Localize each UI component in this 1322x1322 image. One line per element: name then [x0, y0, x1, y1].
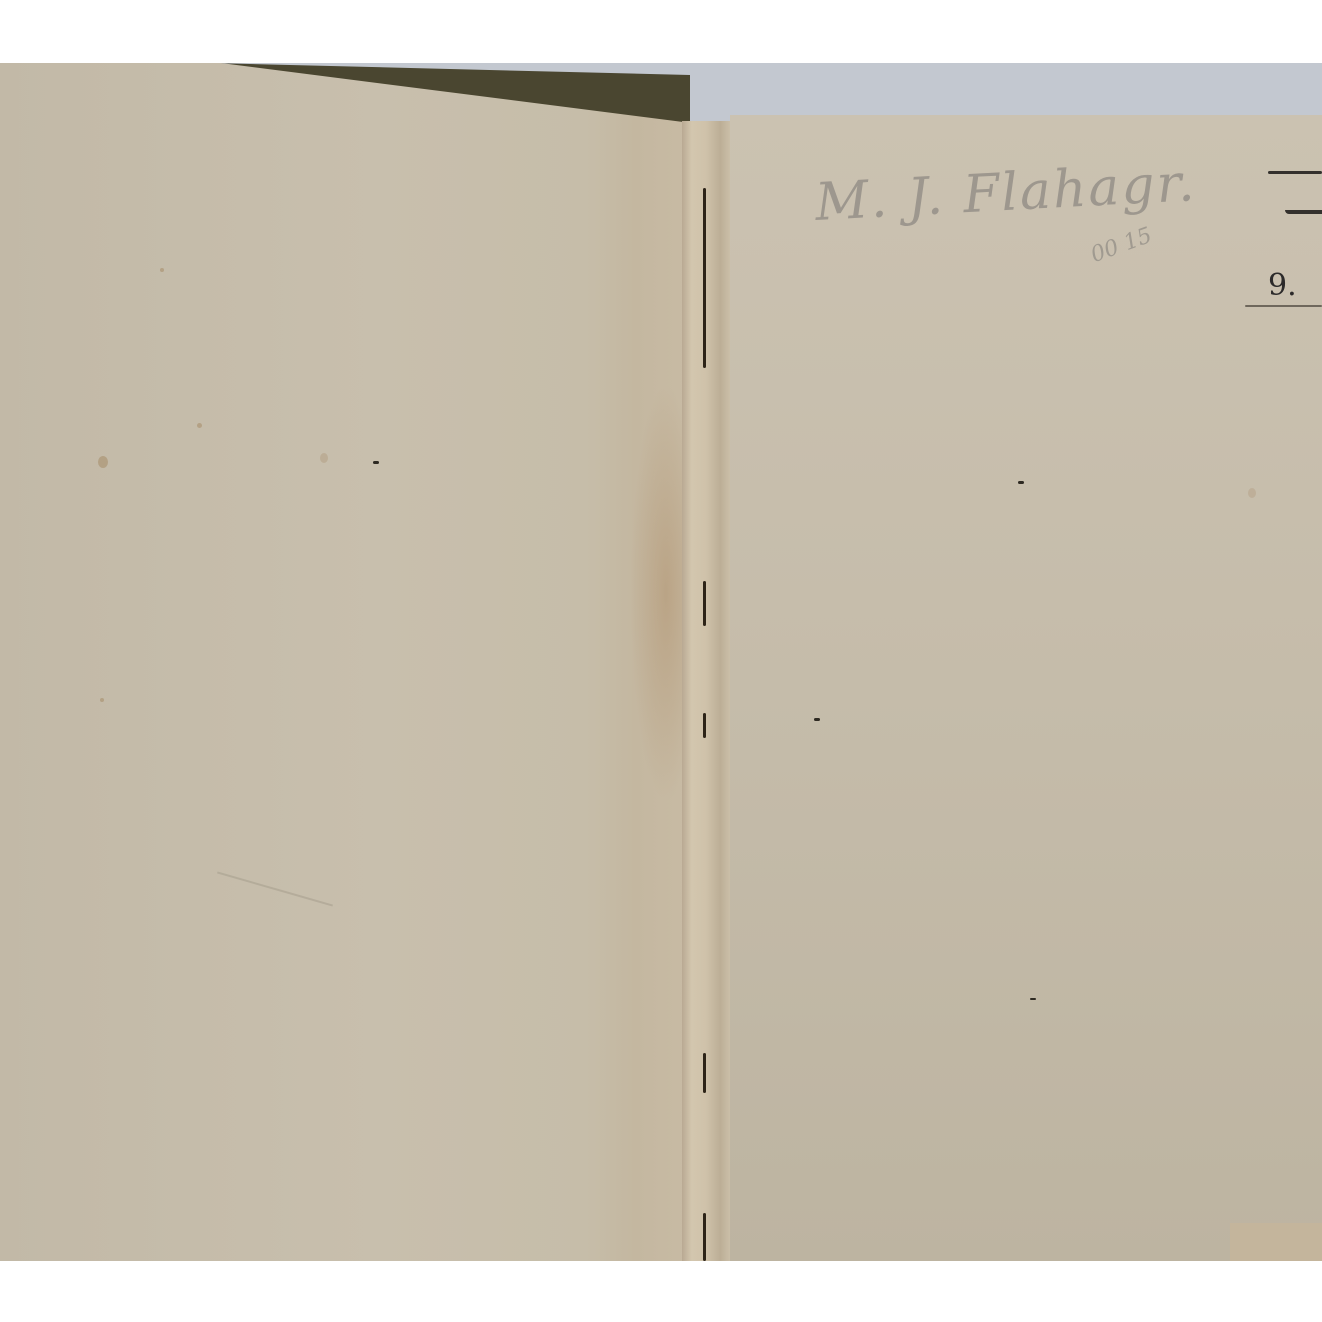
spine-crack	[703, 713, 706, 738]
spine-crack	[703, 1213, 706, 1261]
right-endpaper	[730, 115, 1322, 1261]
ink-fleck	[1030, 998, 1036, 1000]
ink-mark-dash	[1268, 171, 1322, 174]
spine-crack	[703, 1053, 706, 1093]
book-gutter	[682, 121, 730, 1261]
left-endpaper	[0, 63, 690, 1261]
book-photo: M. J. Flahagr. 00 15 9.	[0, 63, 1322, 1261]
foxing-spot	[1248, 488, 1256, 498]
ink-fleck	[373, 461, 379, 464]
foxing-spot	[197, 423, 202, 428]
foxing-spot	[100, 698, 104, 702]
page-edge	[1230, 1223, 1322, 1261]
water-stain	[630, 383, 690, 803]
ink-underline	[1245, 305, 1322, 307]
ink-fleck	[814, 718, 820, 721]
foxing-spot	[320, 453, 328, 463]
ink-mark-number: 9.	[1268, 268, 1297, 303]
spine-crack	[703, 188, 706, 368]
foxing-spot	[160, 268, 164, 272]
foxing-spot	[98, 456, 108, 468]
ink-fleck	[1018, 481, 1024, 484]
ink-mark-curve	[1285, 210, 1322, 214]
spine-crack	[703, 581, 706, 626]
